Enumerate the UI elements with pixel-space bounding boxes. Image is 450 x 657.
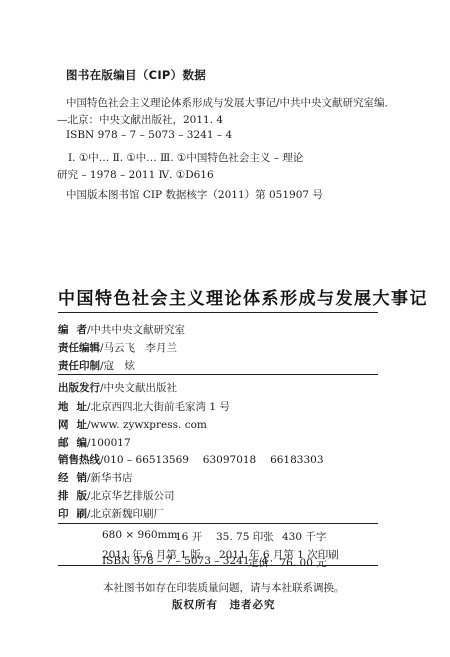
credit-editor: 编者/中共中央文献研究室: [58, 322, 185, 337]
quality-notice: 本社图书如存在印装质量问题，请与本社联系调换。: [103, 580, 345, 595]
printer: 印刷/北京新魏印刷厂: [58, 506, 164, 521]
field-label: 责任印制: [58, 358, 100, 373]
field-value: 中共中央文献研究室: [91, 324, 186, 336]
cip-line: ISBN 978 – 7 – 5073 – 3241 – 4: [66, 129, 232, 141]
field-label: 地址: [58, 399, 87, 414]
divider: [58, 312, 378, 313]
field-label: 经销: [58, 470, 87, 485]
field-value: 北京西四北大街前毛家湾 1 号: [91, 401, 230, 413]
credit-responsible-editor: 责任编辑/马云飞 李月兰: [58, 340, 177, 355]
publisher: 出版发行/中央文献出版社: [58, 380, 177, 395]
sales-hotline: 销售热线/010 – 66513569 63097018 66183303: [58, 452, 324, 467]
field-value: www. zywxpress. com: [91, 419, 207, 431]
field-value: 北京华艺排版公司: [91, 490, 175, 502]
spec-sheets: 35. 75 印张: [216, 529, 274, 544]
credit-print-supervisor: 责任印制/寇 炫: [58, 358, 135, 373]
cip-line: Ⅰ. ①中… Ⅱ. ①中… Ⅲ. ①中国特色社会主义 – 理论: [68, 150, 303, 165]
postcode: 邮编/100017: [58, 435, 131, 450]
field-value: 100017: [91, 437, 131, 449]
cip-heading: 图书在版编目（CIP）数据: [66, 67, 206, 83]
field-label: 编者: [58, 322, 87, 337]
field-label: 网址: [58, 417, 87, 432]
isbn: ISBN 978 – 7 – 5073 – 3241 – 4: [102, 555, 268, 567]
field-label: 出版发行: [58, 380, 100, 395]
field-value: 中央文献出版社: [104, 382, 178, 394]
divider: [58, 374, 378, 375]
typesetter: 排版/北京华艺排版公司: [58, 488, 175, 503]
field-label: 排版: [58, 488, 87, 503]
cip-line: 中国版本图书馆 CIP 数据核字（2011）第 051907 号: [66, 187, 323, 202]
cip-line: 研究 – 1978 – 2011 Ⅳ. ①D616: [57, 167, 214, 182]
divider: [58, 523, 378, 524]
field-value: 寇 炫: [104, 360, 136, 372]
distributor: 经销/新华书店: [58, 470, 133, 485]
field-label: 销售热线: [58, 452, 100, 467]
cip-line: —北京：中央文献出版社，2011. 4: [57, 112, 223, 127]
price: 定价：76. 00 元: [248, 555, 327, 570]
cip-line: 中国特色社会主义理论体系形成与发展大事记/中共中央文献研究室编．: [66, 95, 395, 110]
spec-folio: 16 开: [175, 529, 202, 544]
field-value: 010 – 66513569 63097018 66183303: [104, 454, 324, 466]
field-value: 北京新魏印刷厂: [91, 508, 165, 520]
field-label: 邮编: [58, 435, 87, 450]
book-title: 中国特色社会主义理论体系形成与发展大事记: [58, 284, 428, 309]
spec-words: 430 千字: [282, 529, 326, 544]
field-value: 新华书店: [91, 472, 133, 484]
address: 地址/北京西四北大街前毛家湾 1 号: [58, 399, 230, 414]
field-label: 责任编辑: [58, 340, 100, 355]
website: 网址/www. zywxpress. com: [58, 417, 207, 432]
copyright-notice: 版权所有 违者必究: [172, 597, 276, 612]
spec-format: 680 × 960mm: [102, 529, 177, 541]
field-label: 印刷: [58, 506, 87, 521]
field-value: 马云飞 李月兰: [104, 342, 178, 354]
